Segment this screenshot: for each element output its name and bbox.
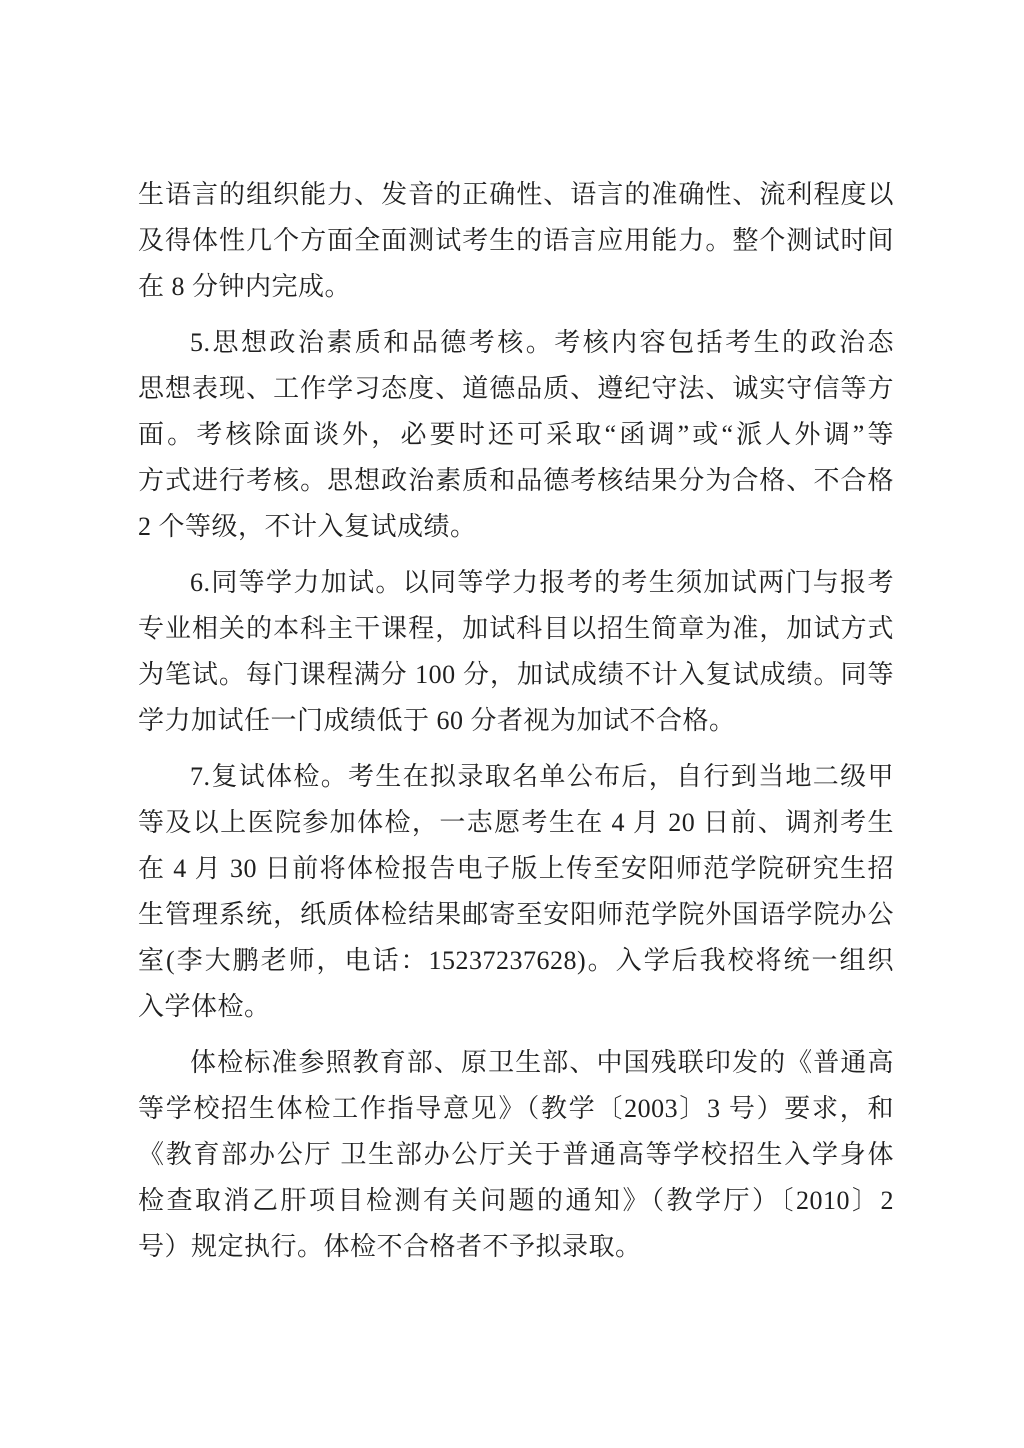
text-line: 专业相关的本科主干课程，加试科目以招生简章为准，加试方式 xyxy=(138,606,894,652)
text-line: 5.思想政治素质和品德考核。考核内容包括考生的政治态度、 xyxy=(138,320,894,366)
paragraph-item-6: 6.同等学力加试。以同等学力报考的考生须加试两门与报考 专业相关的本科主干课程，… xyxy=(138,560,894,744)
text-line: 思想表现、工作学习态度、道德品质、遵纪守法、诚实守信等方 xyxy=(138,366,894,412)
text-line: 室(李大鹏老师，电话：15237237628)。入学后我校将统一组织 xyxy=(138,938,894,984)
document-body: 生语言的组织能力、发音的正确性、语言的准确性、流利程度以 及得体性几个方面全面测… xyxy=(138,172,894,1270)
paragraph-health-standard: 体检标准参照教育部、原卫生部、中国残联印发的《普通高 等学校招生体检工作指导意见… xyxy=(138,1040,894,1270)
text-line: 生管理系统，纸质体检结果邮寄至安阳师范学院外国语学院办公 xyxy=(138,892,894,938)
paragraph-item-7: 7.复试体检。考生在拟录取名单公布后，自行到当地二级甲 等及以上医院参加体检，一… xyxy=(138,754,894,1030)
text-line: 号）规定执行。体检不合格者不予拟录取。 xyxy=(138,1224,894,1270)
text-line: 面。考核除面谈外，必要时还可采取“函调”或“派人外调”等 xyxy=(138,412,894,458)
text-line: 检查取消乙肝项目检测有关问题的通知》（教学厅）〔2010〕2 xyxy=(138,1178,894,1224)
text-line: 7.复试体检。考生在拟录取名单公布后，自行到当地二级甲 xyxy=(138,754,894,800)
text-line: 及得体性几个方面全面测试考生的语言应用能力。整个测试时间 xyxy=(138,218,894,264)
text-line: 方式进行考核。思想政治素质和品德考核结果分为合格、不合格 xyxy=(138,458,894,504)
text-line: 入学体检。 xyxy=(138,984,894,1030)
text-line: 等及以上医院参加体检，一志愿考生在 4 月 20 日前、调剂考生 xyxy=(138,800,894,846)
paragraph-continuation: 生语言的组织能力、发音的正确性、语言的准确性、流利程度以 及得体性几个方面全面测… xyxy=(138,172,894,310)
text-line: 6.同等学力加试。以同等学力报考的考生须加试两门与报考 xyxy=(138,560,894,606)
text-line: 学力加试任一门成绩低于 60 分者视为加试不合格。 xyxy=(138,698,894,744)
text-line: 在 8 分钟内完成。 xyxy=(138,264,894,310)
text-line: 体检标准参照教育部、原卫生部、中国残联印发的《普通高 xyxy=(138,1040,894,1086)
paragraph-item-5: 5.思想政治素质和品德考核。考核内容包括考生的政治态度、 思想表现、工作学习态度… xyxy=(138,320,894,550)
text-line: 《教育部办公厅 卫生部办公厅关于普通高等学校招生入学身体 xyxy=(138,1132,894,1178)
text-line: 2 个等级，不计入复试成绩。 xyxy=(138,504,894,550)
document-page: 生语言的组织能力、发音的正确性、语言的准确性、流利程度以 及得体性几个方面全面测… xyxy=(0,0,1024,1448)
text-line: 等学校招生体检工作指导意见》（教学〔2003〕3 号）要求，和 xyxy=(138,1086,894,1132)
text-line: 生语言的组织能力、发音的正确性、语言的准确性、流利程度以 xyxy=(138,172,894,218)
text-line: 在 4 月 30 日前将体检报告电子版上传至安阳师范学院研究生招 xyxy=(138,846,894,892)
text-line: 为笔试。每门课程满分 100 分，加试成绩不计入复试成绩。同等 xyxy=(138,652,894,698)
